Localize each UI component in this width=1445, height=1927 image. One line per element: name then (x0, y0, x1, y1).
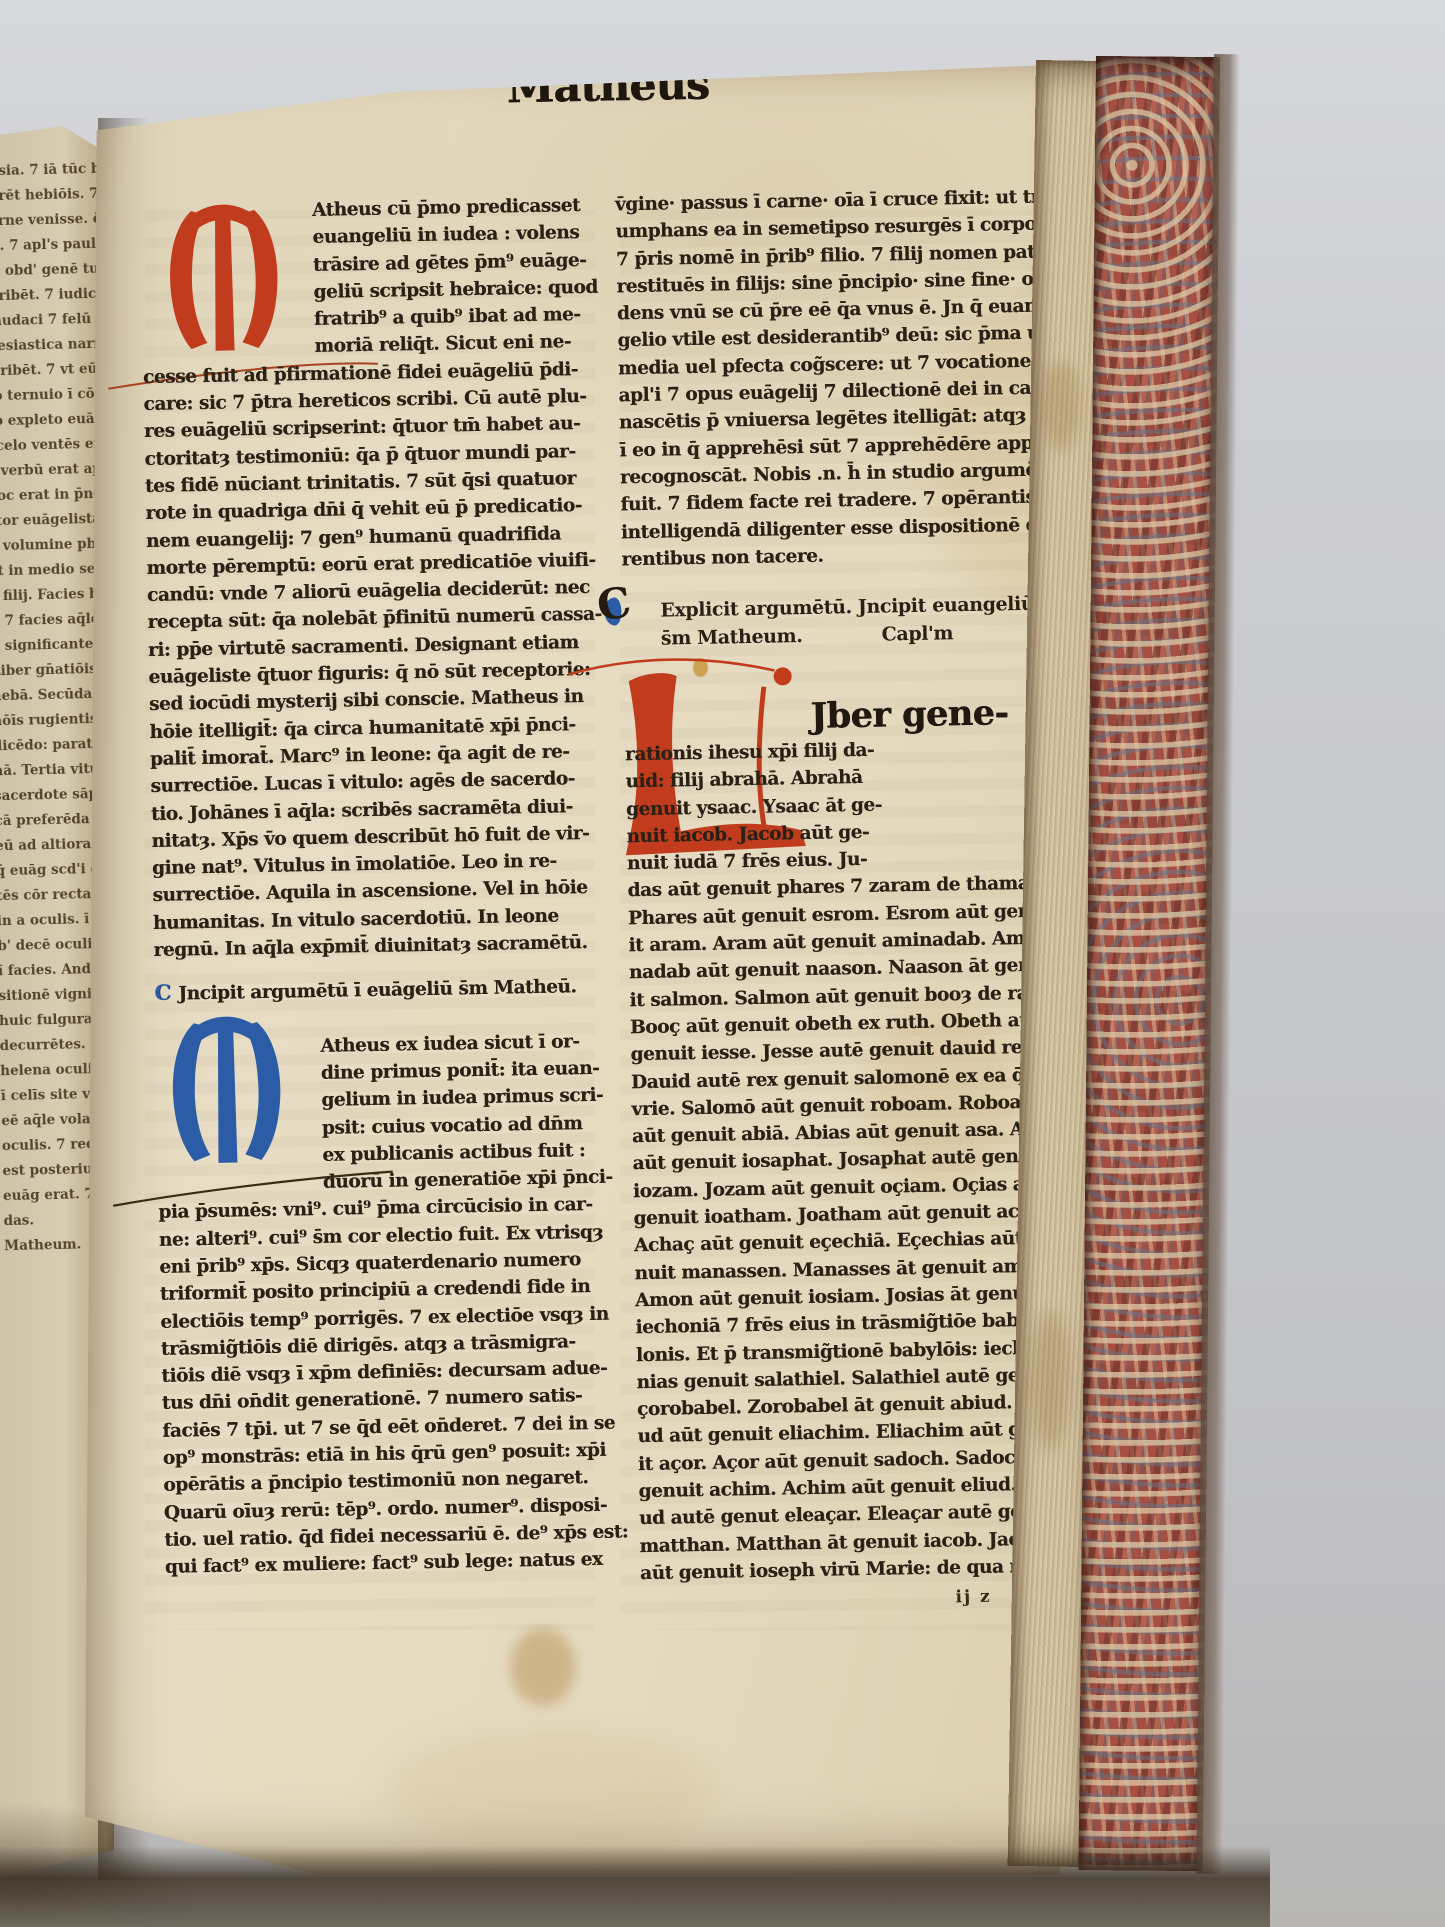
facing-page-line: scribēt. 7 iudicāt (0, 282, 101, 310)
main-page: Matheus Atheus cū p̄mo predicasseteuange… (85, 50, 1060, 1875)
paragraph-mark-icon: C (594, 577, 635, 631)
gospel-indented-lines: rationis ihesu xp̄i filij da-uid: filij … (625, 733, 1069, 878)
page-text-layer: Matheus Atheus cū p̄mo predicasseteuange… (82, 33, 1090, 1876)
facing-page-line: scribēt. 7 vt eū (0, 357, 103, 385)
quire-signature: ij z (955, 1587, 992, 1608)
facing-page-line: eo expleto euāgeliū (0, 407, 104, 435)
running-title: Matheus (502, 60, 713, 114)
facing-page-line: ad obd' genē tunc cū (0, 257, 100, 285)
facing-page-line: ēt in medio seniorū (0, 557, 107, 585)
facing-page-line: q̄ significante illud (0, 632, 109, 660)
blue-initial-underline (107, 1156, 398, 1211)
illuminated-initial-m-blue (158, 1009, 296, 1171)
facing-page-line: ū volumine phibeat (0, 532, 107, 560)
incipit-rubric: CJncipit argumētū ī euāgeliū s̄m Matheū. (154, 971, 606, 1009)
text-column-left: Atheus cū p̄mo predicasseteuangeliū in i… (140, 192, 617, 1582)
facing-page-line: carne venisse. ē p̄ (0, 207, 99, 235)
paragraph-2-full: pia p̄sumēs: vni⁹. cui⁹ p̄ma circūcisio … (158, 1191, 617, 1581)
facing-page-line: hoc erat in p̄ncipio (0, 482, 105, 510)
facing-page-line: berēt hebiōis. 7 (0, 182, 99, 210)
facing-page-line: 7 verbū erat apud (0, 457, 105, 485)
facing-page-line: ī asia. 7 iā tūc bere (0, 157, 98, 185)
facing-page-line: ī audaci 7 felū it (0, 307, 101, 335)
chapter-label: Capl'm (881, 619, 953, 648)
facing-page-line: ī celo ventēs erudita (0, 432, 104, 460)
paragraph-1-full: cesse fuit ad p̄firmationē fidei euāgeli… (143, 356, 606, 965)
incipit-rubric-text: Jncipit argumētū ī euāgeliū s̄m Matheū. (178, 977, 576, 1005)
facing-page-line: eo ternuio ī cōmūe (0, 382, 103, 410)
text-column-right: v̄gine· passus ī carne· oīa ī cruce fixi… (615, 183, 1064, 573)
facing-page-line: ī. 7 facies aq̄le desup̄ (0, 607, 108, 635)
facing-page-line: clesiastica narrat h (0, 332, 102, 360)
book-bottom-shadow (0, 1846, 1270, 1927)
fore-edge-stain (1028, 1310, 1072, 1451)
facing-page-line: ā filij. Facies bōis ī (0, 582, 108, 610)
argument-conclusion: v̄gine· passus ī carne· oīa ī cruce fixi… (615, 183, 1064, 573)
book-photograph: ī asia. 7 iā tūc bereberēt hebiōis. 7car… (0, 0, 1445, 1927)
facing-page-line: ab. 7 apl's paul⁹ fre (0, 232, 100, 260)
facing-page-line: ctor euāgelista mī (0, 507, 106, 535)
paragraph-1-indented: Atheus cū p̄mo predicasseteuangeliū in i… (312, 192, 595, 361)
paragraph-mark-icon: C (154, 979, 178, 1007)
fore-edge-stain (1040, 360, 1081, 451)
